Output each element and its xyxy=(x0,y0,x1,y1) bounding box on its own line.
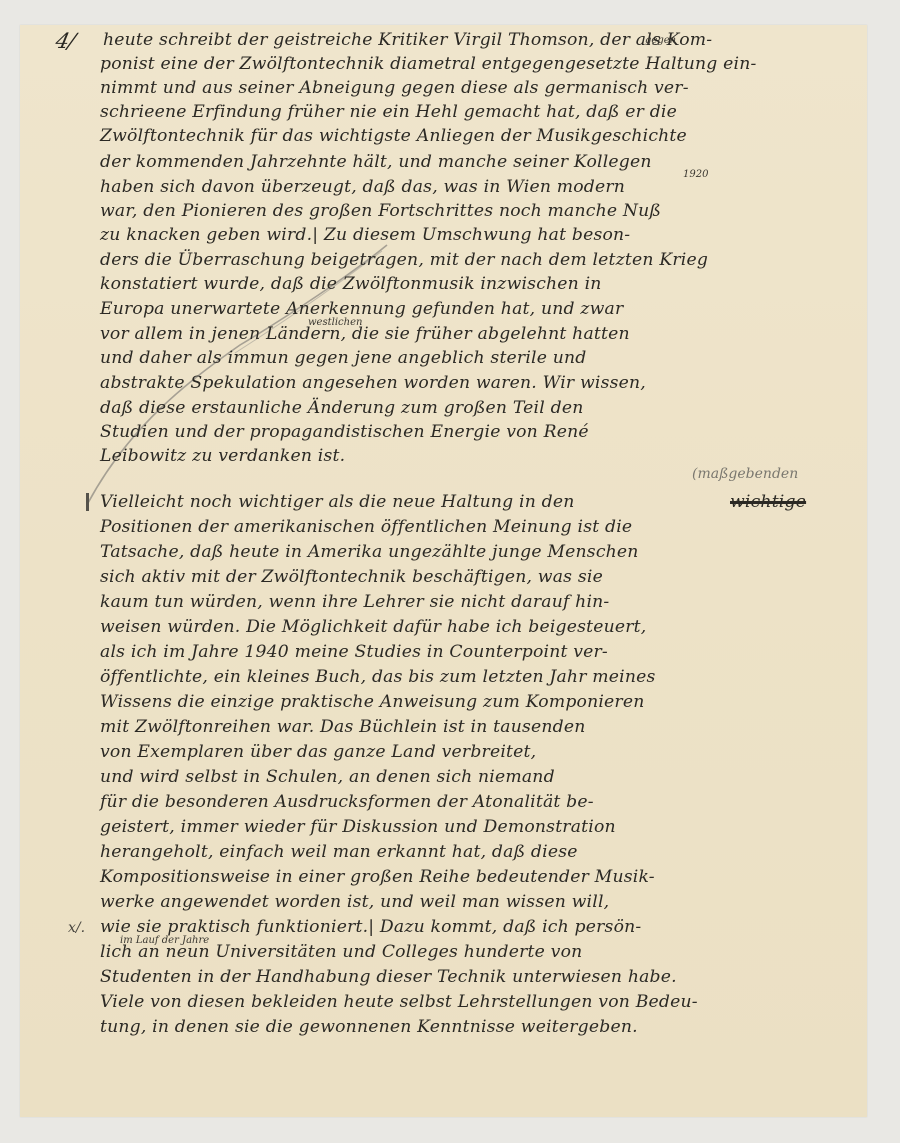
text-line: geistert, immer wieder für Diskussion un… xyxy=(100,817,616,837)
insertion-1920: 1920 xyxy=(683,169,708,180)
text-line: der kommenden Jahrzehnte hält, und manch… xyxy=(100,152,652,172)
insertion-gegen: gegen xyxy=(645,35,676,46)
text-line: abstrakte Spekulation angesehen worden w… xyxy=(100,373,646,393)
text-line: herangeholt, einfach weil man erkannt ha… xyxy=(100,842,578,862)
text-line: weisen würden. Die Möglichkeit dafür hab… xyxy=(100,617,646,637)
text-line: und wird selbst in Schulen, an denen sic… xyxy=(100,767,555,787)
text-line: kaum tun würden, wenn ihre Lehrer sie ni… xyxy=(100,592,609,612)
paragraph-bracket-mark xyxy=(86,493,89,511)
text-line: ders die Überraschung beigetragen, mit d… xyxy=(100,250,708,270)
text-line: war, den Pionieren des großen Fortschrit… xyxy=(100,201,661,221)
text-line: schrieene Erfindung früher nie ein Hehl … xyxy=(100,102,677,122)
text-line: Studien und der propagandistischen Energ… xyxy=(100,422,589,442)
text-line: Leibowitz zu verdanken ist. xyxy=(100,446,345,466)
manuscript-page: 4/ heute schreibt der geistreiche Kritik… xyxy=(20,25,867,1117)
text-line: heute schreibt der geistreiche Kritiker … xyxy=(103,30,712,50)
text-line: für die besonderen Ausdrucksformen der A… xyxy=(100,792,594,812)
text-line: lich an neun Universitäten und Colleges … xyxy=(100,942,582,962)
struck-word: wichtige xyxy=(730,492,806,512)
text-line: Tatsache, daß heute in Amerika ungezählt… xyxy=(100,542,639,562)
text-line: Vielleicht noch wichtiger als die neue H… xyxy=(100,492,574,512)
text-line: daß diese erstaunliche Änderung zum groß… xyxy=(100,398,583,418)
text-line: Viele von diesen bekleiden heute selbst … xyxy=(100,992,698,1012)
text-line: zu knacken geben wird.| Zu diesem Umschw… xyxy=(100,225,630,245)
page-number: 4/ xyxy=(53,29,77,53)
text-line: öffentlichte, ein kleines Buch, das bis … xyxy=(100,667,656,687)
text-line: nimmt und aus seiner Abneigung gegen die… xyxy=(100,78,689,98)
text-line: werke angewendet worden ist, und weil ma… xyxy=(100,892,609,912)
text-line: vor allem in jenen Ländern, die sie früh… xyxy=(100,324,630,344)
text-line: Studenten in der Handhabung dieser Techn… xyxy=(100,967,677,987)
text-line: Zwölftontechnik für das wichtigste Anlie… xyxy=(100,126,687,146)
text-line: Kompositionsweise in einer großen Reihe … xyxy=(100,867,655,887)
text-line: ponist eine der Zwölftontechnik diametra… xyxy=(100,54,757,74)
text-line: sich aktiv mit der Zwölftontechnik besch… xyxy=(100,567,603,587)
text-line: mit Zwölftonreihen war. Das Büchlein ist… xyxy=(100,717,585,737)
text-line: tung, in denen sie die gewonnenen Kenntn… xyxy=(100,1017,638,1037)
text-line: und daher als immun gegen jene angeblich… xyxy=(100,348,587,368)
insertion-massgebenden: (maßgebenden xyxy=(692,466,798,482)
text-line: Wissens die einzige praktische Anweisung… xyxy=(100,692,644,712)
text-line: wie sie praktisch funktioniert.| Dazu ko… xyxy=(100,917,641,937)
text-line: als ich im Jahre 1940 meine Studies in C… xyxy=(100,642,608,662)
text-line: konstatiert wurde, daß die Zwölftonmusik… xyxy=(100,274,602,294)
text-line: Positionen der amerikanischen öffentlich… xyxy=(100,517,632,537)
margin-insertion-mark: x/. xyxy=(68,920,85,936)
text-line: haben sich davon überzeugt, daß das, was… xyxy=(100,177,625,197)
text-line: Europa unerwartete Anerkennung gefunden … xyxy=(100,299,623,319)
text-line: von Exemplaren über das ganze Land verbr… xyxy=(100,742,536,762)
